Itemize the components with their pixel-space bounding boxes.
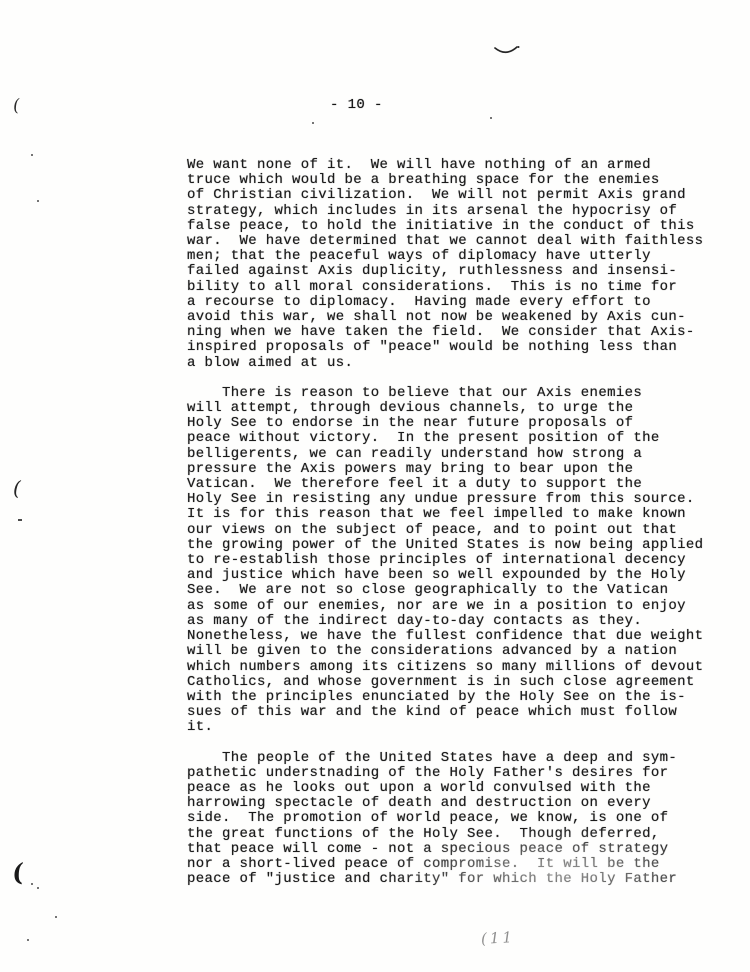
- scanned-document-page: - 10 - We want none of it. We will have …: [0, 0, 750, 972]
- paragraph-holy-see-pressure: There is reason to believe that our Axis…: [187, 386, 732, 736]
- document-body: We want none of it. We will have nothing…: [187, 158, 732, 887]
- paragraph-armed-truce: We want none of it. We will have nothing…: [187, 158, 732, 371]
- page-number: - 10 -: [330, 97, 383, 113]
- scan-speck: [55, 916, 57, 918]
- footer-pencil-mark: (11: [481, 928, 516, 948]
- scan-speck: [312, 122, 314, 124]
- left-margin-mark-bottom: (: [10, 857, 25, 887]
- scan-speck: [31, 883, 33, 885]
- scan-speck: [31, 154, 33, 156]
- scan-speck: [37, 887, 39, 889]
- left-margin-mark-middle: (: [13, 476, 21, 500]
- scan-speck: [37, 200, 39, 202]
- handwritten-curve-mark: [493, 44, 521, 60]
- paragraph-us-people-peace: The people of the United States have a d…: [187, 751, 732, 888]
- scan-speck: [18, 519, 22, 521]
- scan-speck: [490, 117, 492, 119]
- left-margin-mark-top: (: [12, 96, 20, 116]
- scan-speck: [27, 939, 29, 941]
